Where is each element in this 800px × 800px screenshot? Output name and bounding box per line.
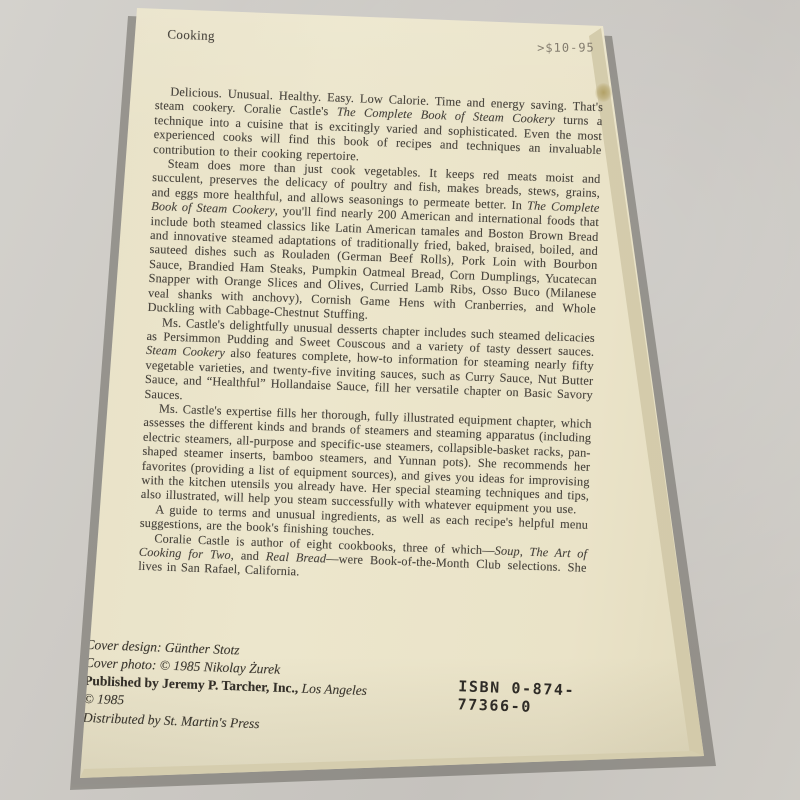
- cover-header: Cooking >$10-95: [167, 26, 595, 57]
- blurb-paragraph-2: Steam does more than just cook vegetable…: [147, 156, 600, 330]
- blurb-text: Delicious. Unusual. Healthy. Easy. Low C…: [138, 84, 603, 590]
- cover-content: Cooking >$10-95 Delicious. Unusual. Heal…: [75, 16, 602, 744]
- category-label: Cooking: [167, 26, 215, 44]
- isbn-text: ISBN 0-874-77366-0: [457, 677, 578, 717]
- blurb-paragraph-3: Ms. Castle's delightfully unusual desser…: [144, 314, 595, 416]
- price-pencil-note: >$10-95: [538, 40, 596, 54]
- book-back-cover: Cooking >$10-95 Delicious. Unusual. Heal…: [0, 0, 800, 800]
- blurb-paragraph-4: Ms. Castle's expertise fills her thoroug…: [141, 401, 592, 518]
- photo-scene: Cooking >$10-95 Delicious. Unusual. Heal…: [0, 0, 800, 800]
